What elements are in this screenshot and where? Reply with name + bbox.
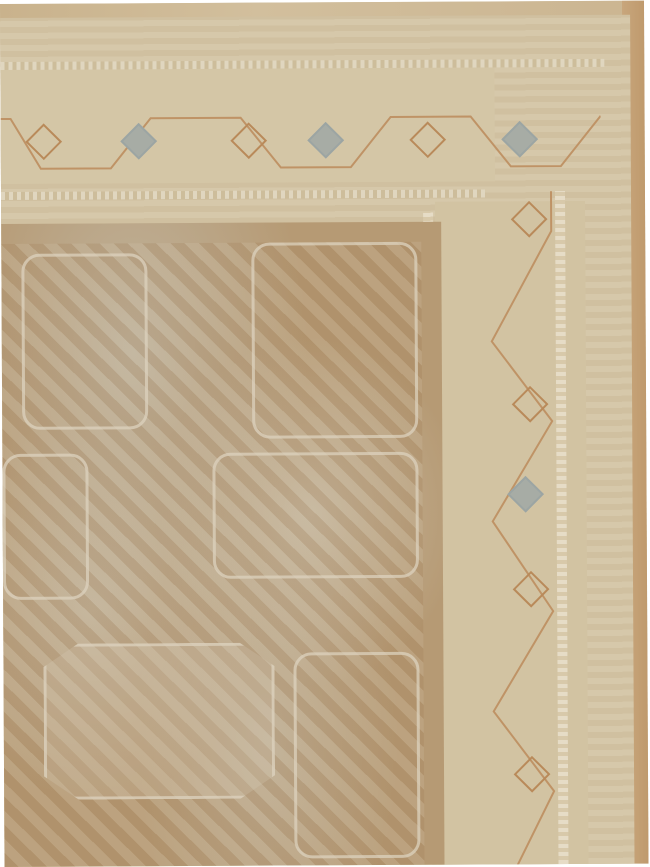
field-panel	[212, 452, 419, 579]
field-panel	[251, 242, 418, 439]
field-panel	[293, 652, 420, 859]
field-panel	[2, 454, 89, 600]
rug-photo	[0, 1, 649, 867]
field-panel	[21, 253, 148, 430]
field-panel	[43, 643, 275, 800]
